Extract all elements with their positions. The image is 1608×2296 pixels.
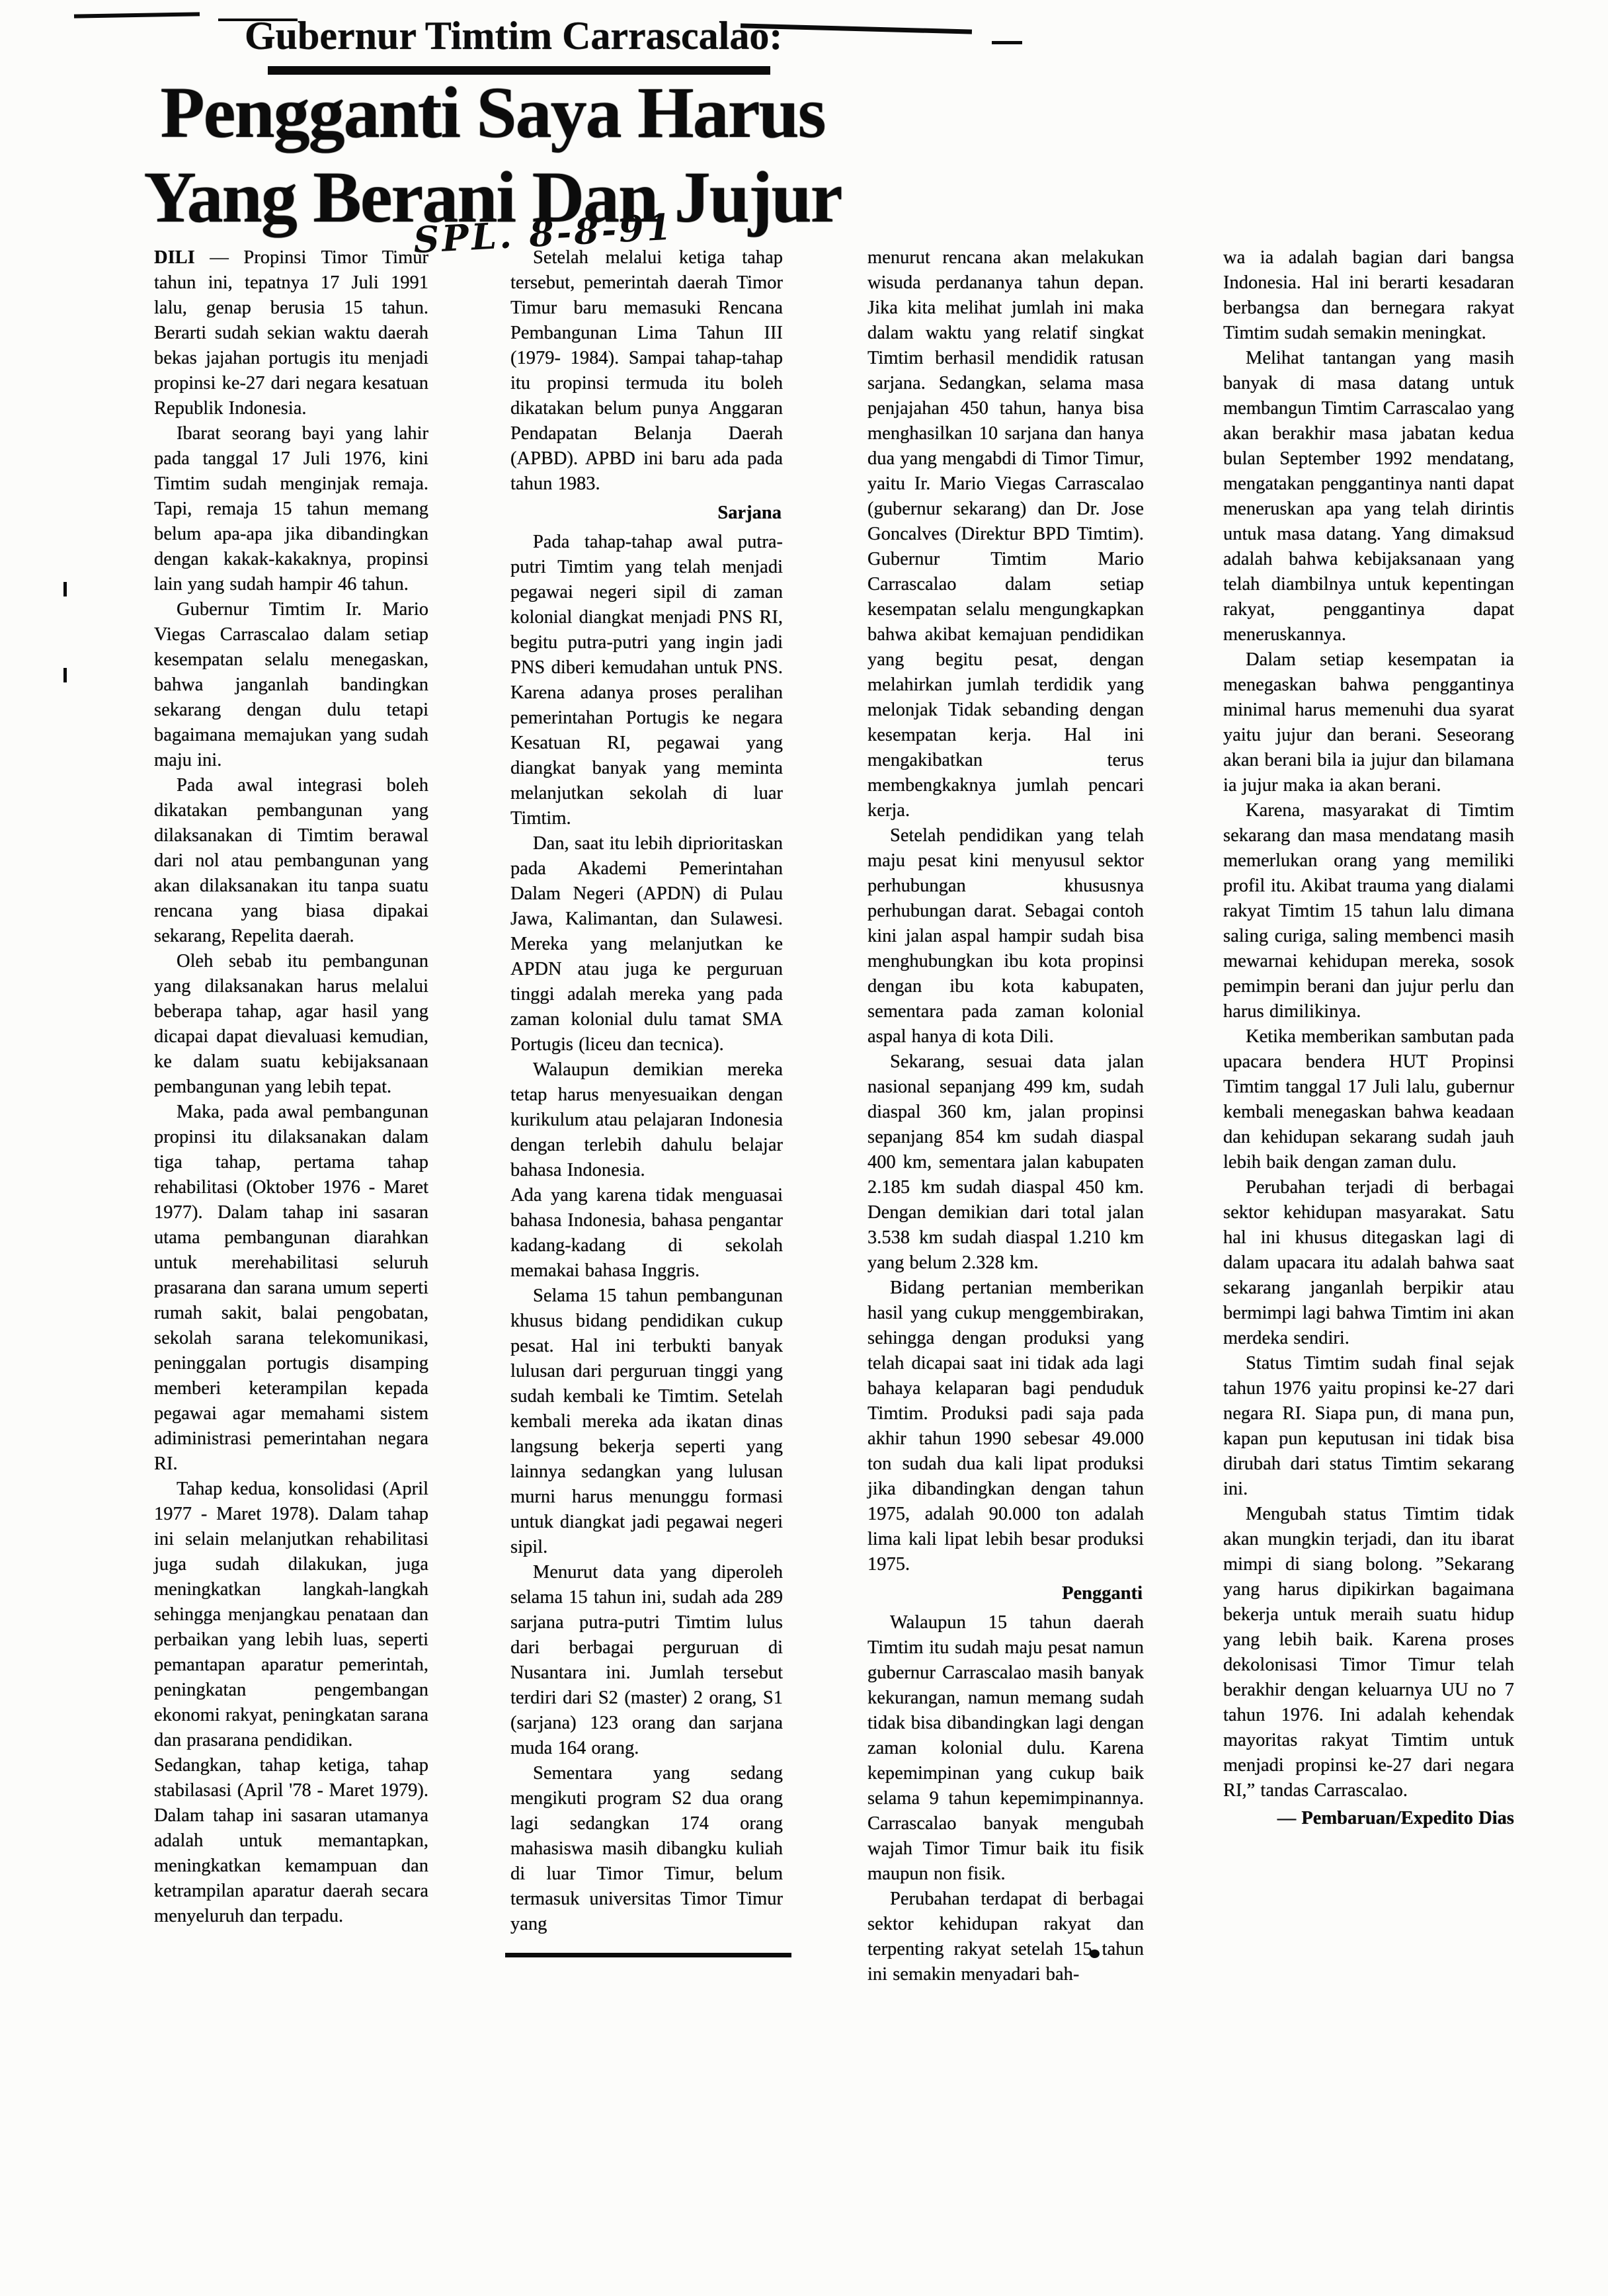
body-paragraph: Perubahan terdapat di berbagai sektor ke…	[867, 1887, 1144, 1987]
article-byline: — Pembaruan/Expedito Dias	[1223, 1806, 1514, 1831]
article-column-3: menurut rencana akan melakukan wisuda pe…	[867, 245, 1144, 1987]
headline-line-1: Pengganti Saya Harus	[93, 70, 893, 155]
scan-artifact-top-left-dash	[74, 12, 200, 18]
body-paragraph: Ibarat seorang bayi yang lahir pada tang…	[154, 421, 428, 597]
body-paragraph: Maka, pada awal pembangunan propinsi itu…	[154, 1100, 428, 1477]
article-headline: Pengganti Saya Harus Yang Berani Dan Juj…	[93, 70, 893, 239]
body-paragraph: Tahap kedua, konsolidasi (April 1977 - M…	[154, 1477, 428, 1753]
body-paragraph: Walaupun 15 tahun daerah Timtim itu suda…	[867, 1610, 1144, 1887]
body-paragraph: Karena, masyarakat di Timtim sekarang da…	[1223, 798, 1514, 1024]
body-paragraph: menurut rencana akan melakukan wisuda pe…	[867, 245, 1144, 823]
article-column-1: DILI — Propinsi Timor Timur tahun ini, t…	[154, 245, 428, 1929]
article-column-4: wa ia adalah bagian dari bangsa Indonesi…	[1223, 245, 1514, 1831]
body-paragraph: Bidang pertanian memberikan hasil yang c…	[867, 1276, 1144, 1577]
body-paragraph: Status Timtim sudah final sejak tahun 19…	[1223, 1351, 1514, 1502]
body-paragraph: Melihat tantangan yang masih banyak di m…	[1223, 346, 1514, 647]
lead-paragraph: DILI — Propinsi Timor Timur tahun ini, t…	[154, 245, 428, 421]
body-paragraph: Setelah melalui ketiga tahap tersebut, p…	[510, 245, 783, 497]
article-kicker: Gubernur Timtim Carrascalao:	[245, 13, 780, 59]
body-paragraph: Ada yang karena tidak menguasai bahasa I…	[510, 1183, 783, 1284]
body-paragraph: Gubernur Timtim Ir. Mario Viegas Carrasc…	[154, 597, 428, 773]
section-subhead: Sarjana	[510, 501, 782, 526]
column-end-rule	[505, 1953, 791, 1957]
body-paragraph: Setelah pendidikan yang telah maju pesat…	[867, 823, 1144, 1049]
scan-artifact-top-right-dash	[992, 41, 1022, 44]
body-paragraph: Pada tahap-tahap awal putra-putri Timtim…	[510, 530, 783, 831]
body-paragraph: Dalam setiap kesempatan ia menegaskan ba…	[1223, 647, 1514, 798]
body-paragraph: Pada awal integrasi boleh dikatakan pemb…	[154, 773, 428, 949]
body-paragraph: Sedangkan, tahap ketiga, tahap stabilasa…	[154, 1753, 428, 1929]
body-paragraph: Menurut data yang diperoleh selama 15 ta…	[510, 1560, 783, 1761]
body-paragraph: Sekarang, sesuai data jalan nasional sep…	[867, 1049, 1144, 1276]
scan-artifact-left-margin-tick	[63, 582, 67, 596]
body-paragraph: Walaupun demikian mereka tetap harus men…	[510, 1057, 783, 1183]
body-paragraph: Sementara yang sedang mengikuti program …	[510, 1761, 783, 1937]
section-subhead: Pengganti	[867, 1581, 1143, 1606]
body-paragraph: Mengubah status Timtim tidak akan mungki…	[1223, 1502, 1514, 1803]
body-paragraph: Oleh sebab itu pembangunan yang dilaksan…	[154, 949, 428, 1100]
body-paragraph: Selama 15 tahun pembangunan khusus bidan…	[510, 1284, 783, 1560]
body-paragraph: Ketika memberikan sambutan pada upacara …	[1223, 1024, 1514, 1175]
dateline: DILI	[154, 247, 195, 268]
scan-artifact-left-margin-tick-2	[63, 668, 67, 682]
body-paragraph: Dan, saat itu lebih diprioritaskan pada …	[510, 831, 783, 1057]
article-column-2: Setelah melalui ketiga tahap tersebut, p…	[510, 245, 783, 1957]
newspaper-scan-page: Gubernur Timtim Carrascalao: Pengganti S…	[0, 0, 1608, 2296]
body-paragraph: wa ia adalah bagian dari bangsa Indonesi…	[1223, 245, 1514, 346]
body-paragraph: Perubahan terjadi di berbagai sektor keh…	[1223, 1175, 1514, 1351]
